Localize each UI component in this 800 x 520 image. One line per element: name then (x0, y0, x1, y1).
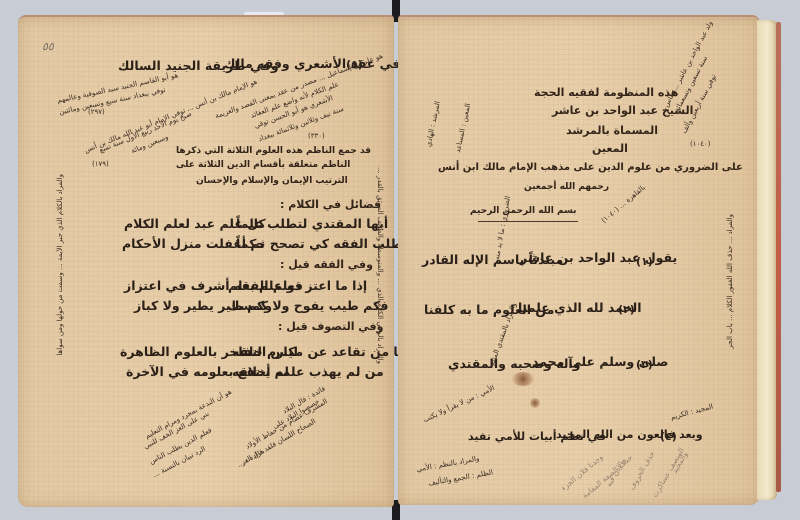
page-edge (757, 20, 777, 500)
intro-note-line-2: الناظم متعلقة بأقسام الدين الثلاثة على (176, 160, 350, 170)
annotation-year-179: (١٧٩) (92, 160, 109, 168)
basmala-underline (478, 221, 578, 222)
kalam-line-2-b: ثم أغفلت منزل الأحكام (122, 236, 265, 251)
cover-edge (776, 22, 781, 492)
title-line-1: هذه المنظومة لفقيه الحجة (534, 86, 678, 99)
ink-stain (512, 372, 534, 386)
verse-5-second-hemistich: وفي طريقة الجنيد السالك (118, 58, 279, 73)
annotation-year-1040: (١٠٤٠) (690, 140, 711, 148)
fiqh-line-2-b: وكم طير يطير ولا كباز (134, 298, 272, 313)
intro-note-line-1: قد جمع الناظم هذه العلوم الثلاثة التي ذك… (176, 146, 371, 156)
section-fiqh-heading: وفي الفقه قيل : (280, 258, 373, 271)
right-margin-note: والمراد ... حذف الله الغفور الكلام ... ب… (726, 214, 734, 394)
right-margin-note-left-page: والمراد بالوحي الكلام الذي ... والمتوسطة… (376, 104, 384, 364)
tasawwuf-line-2-b: لم ينتفع بعلومه في الآخرة (126, 364, 289, 379)
section-tasawwuf-heading: وفي التصوف قيل : (278, 320, 383, 333)
verse-3-second-hemistich: وآله وصحبه والمقتدي (448, 356, 580, 371)
fiqh-line-1-b: فعلم الفقه أشرف في اعتزاز (124, 278, 303, 293)
title-line-5: على الضروري من علوم الدين على مذهب الإما… (438, 162, 743, 173)
section-kalam-heading: فضائل في الكلام : (280, 198, 381, 211)
intro-note-line-3: الترتيب الإيمان والإسلام والإحسان (196, 176, 348, 186)
title-line-6: رحمهم الله أجمعين (524, 182, 609, 192)
annotation-year-330: (٣٣٠) (308, 132, 325, 140)
ink-stain-small (530, 398, 540, 408)
page-number: ٥٥ (42, 40, 54, 53)
annotation-year-297: (٢٩٧) (88, 108, 105, 116)
verse-4-second-hemistich: في نظم أبيات للأمي تفيد (468, 430, 606, 443)
title-line-4: المعين (592, 142, 628, 155)
basmala: بسم الله الرحمن الرحيم (470, 206, 577, 216)
tasawwuf-line-1-b: ليس التفاخر بالعلوم الظاهرة (120, 344, 298, 359)
verse-2-second-hemistich: من العلوم ما به كلفنا (424, 302, 554, 317)
title-line-2: الشيخ عبد الواحد بن عاشر (552, 104, 693, 117)
left-margin-note: والمراد بالكلام الذي جبر الأيمة ... وسمت… (56, 174, 64, 434)
title-line-3: المسماة بالمرشد (566, 124, 658, 137)
kalam-line-1-b: كل علم عبد لعلم الكلام (124, 216, 266, 231)
